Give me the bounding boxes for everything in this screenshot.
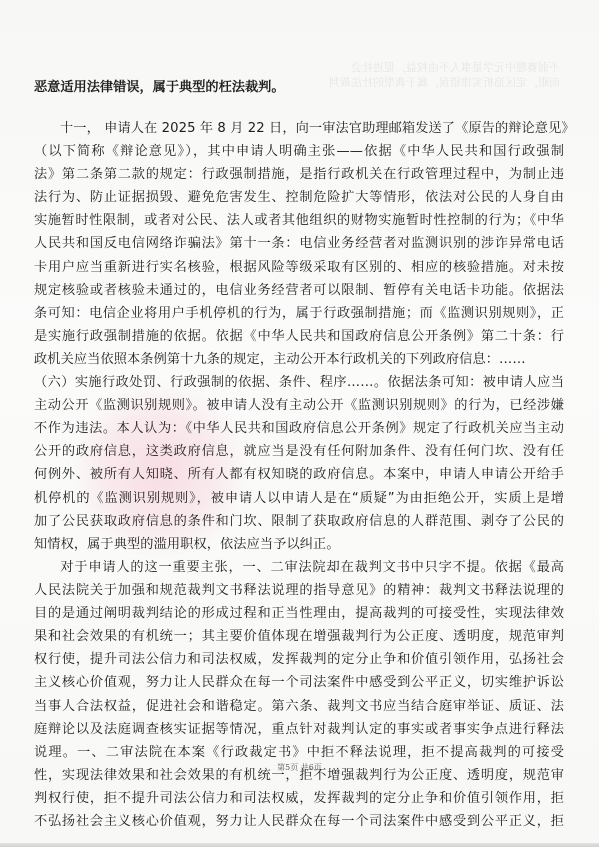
text-line: 公开的政府信息，这类政府信息，就应当是没有任何附加条件、没有任何门坎、没有任 <box>34 440 564 463</box>
text-line: 说理。一、二审法院在本案《行政裁定书》中拒不释法说理，拒不提高裁判的可接受 <box>34 741 564 764</box>
text-line: 主义核心价值观，努力让人民群众在每一个司法案件中感受到公平正义，切实维护诉讼 <box>34 671 564 694</box>
text-line: 机停机的《监测识别规则》，被申请人以申请人是在“质疑”为由拒绝公开，实质上是增 <box>34 487 564 510</box>
text-line: 当事人合法权益，促进社会和谐稳定。第六条、裁判文书应当结合庭审举证、质证、法 <box>34 695 564 718</box>
document-page: 不弱赛理中元学是事人不由权益，促进社会 而眼，定区追析实律错误，属于典型的社法裁… <box>0 0 599 847</box>
text-line: 加了公民获取政府信息的条件和门坎、限制了获取政府信息的人群范围、剥夺了公民的 <box>34 510 564 533</box>
text-line: 何例外、被所有人知晓、所有人都有权知晓的政府信息。本案中，申请人申请公开给手 <box>34 463 564 486</box>
text-line: 果和社会效果的有机统一；其主要价值体现在增强裁判行为公正度、透明度，规范审判 <box>34 625 564 648</box>
text-line: （以下简称《辩论意见》），其中申请人明确主张——依据《中华人民共和国行政强制 <box>34 140 564 163</box>
scan-bottom-edge <box>0 843 599 847</box>
text-line: 庭辩论以及法庭调查核实证据等情况，重点针对裁判认定的事实或者事实争点进行释法 <box>34 718 564 741</box>
text-line: 法》第二条第二款的规定：行政强制措施，是指行政机关在行政管理过程中，为制止违 <box>34 163 564 186</box>
text-line: 人民法院关于加强和规范裁判文书释法说理的指导意见》的精神：裁判文书释法说理的 <box>34 579 564 602</box>
text-line: 主动公开《监测识别规则》。被申请人没有主动公开《监测识别规则》的行为，已经涉嫌 <box>34 394 564 417</box>
text-line: 实施暂时性限制，或者对公民、法人或者其他组织的财物实施暂时性控制的行为；《中华 <box>34 209 564 232</box>
text-line: 不弘扬社会主义核心价值观，努力让人民群众在每一个司法案件中感受到公平正义，拒 <box>34 810 564 833</box>
text-line: 判权行使，拒不提升司法公信力和司法权威，发挥裁判的定分止争和价值引领作用，拒 <box>34 787 564 810</box>
text-line: 条可知：电信企业将用户手机停机的行为，属于行政强制措施；而《监测识别规则》，正 <box>34 302 564 325</box>
page-number-footer: 第5页 共6页 <box>0 762 599 773</box>
text-line: 政机关应当依照本条例第十九条的规定，主动公开本行政机关的下列政府信息：…… <box>34 348 564 371</box>
paragraph-response: 对于申请人的这一重要主张，一、二审法院却在裁判文书中只字不提。依据《最高 人民法… <box>34 556 564 833</box>
text-line: 不作为违法。本人认为：《中华人民共和国政府信息公开条例》规定了行政机关应当主动 <box>34 417 564 440</box>
text-line: 是实施行政强制措施的依据。依据《中华人民共和国政府信息公开条例》第二十条：行 <box>34 325 564 348</box>
bleed-through-text: 不弱赛理中元学是事人不由权益，促进社会 而眼，定区追析实律错误，属于典型的社法裁… <box>330 60 560 90</box>
bleed-line: 不弱赛理中元学是事人不由权益，促进社会 <box>330 60 560 75</box>
text-line: 人民共和国反电信网络诈骗法》第十一条：电信业务经营者对监测识别的涉诈异常电话 <box>34 232 564 255</box>
text-line: 对于申请人的这一重要主张，一、二审法院却在裁判文书中只字不提。依据《最高 <box>34 556 564 579</box>
text-line: 卡用户应当重新进行实名核验，根据风险等级采取有区别的、相应的核验措施。对未按 <box>34 256 564 279</box>
text-line: 权行使，提升司法公信力和司法权威，发挥裁判的定分止争和价值引领作用，弘扬社会 <box>34 648 564 671</box>
text-line: 规定核验或者核验未通过的，电信业务经营者可以限制、暂停有关电话卡功能。依据法 <box>34 279 564 302</box>
text-line: 知情权，属于典型的滥用职权，依法应当予以纠正。 <box>34 533 564 556</box>
paragraph-eleven: 十一， 申请人在 2025 年 8 月 22 日，向一审法官助理邮箱发送了《原告… <box>34 117 564 556</box>
bleed-line: 而眼，定区追析实律错误，属于典型的社法裁判 <box>330 75 560 90</box>
opening-line: 恶意适用法律错误，属于典型的枉法裁判。 <box>34 76 285 99</box>
text-line: 十一， 申请人在 2025 年 8 月 22 日，向一审法官助理邮箱发送了《原告… <box>34 117 564 140</box>
text-line: 法行为、防止证据损毁、避免危害发生、控制危险扩大等情形，依法对公民的人身自由 <box>34 186 564 209</box>
text-line: 目的是通过阐明裁判结论的形成过程和正当性理由，提高裁判的可接受性，实现法律效 <box>34 602 564 625</box>
text-line: （六）实施行政处罚、行政强制的依据、条件、程序……。依据法条可知：被申请人应当 <box>34 371 564 394</box>
